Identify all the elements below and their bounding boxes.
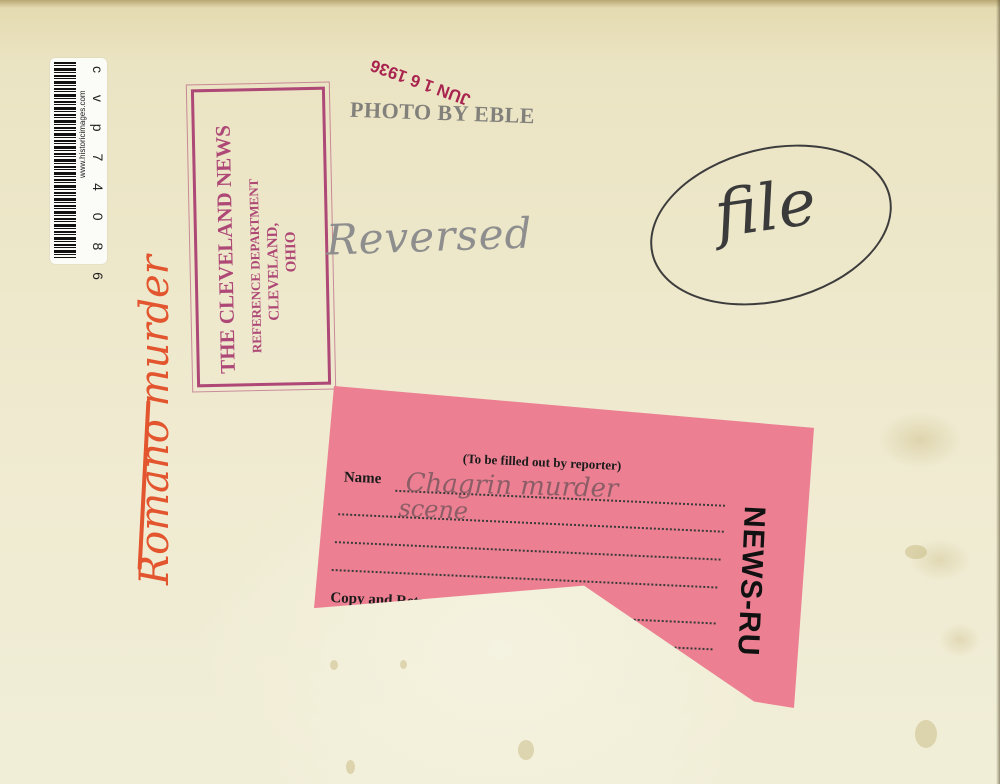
handwritten-caption: Romano murder [132,255,178,585]
barcode-label: www.historicimages.com c v p 7 4 0 8 6 [50,58,107,264]
paper-right-edge [996,0,1000,784]
slip-name-label: Name [343,469,381,488]
stamp-line-newspaper: THE CLEVELAND NEWS [211,125,241,374]
stain-spot [346,760,355,774]
stain-spot [915,720,937,748]
handwritten-reversed-note: Reversed [325,208,533,264]
stain-spot [905,545,927,559]
paper-top-edge [0,0,1000,8]
barcode-website: www.historicimages.com [78,90,87,178]
stain-spot [330,660,338,670]
stain-spot [400,660,407,669]
slip-line-2 [338,513,724,533]
slip-name-value-2: scene [398,494,469,525]
slip-line-4 [332,569,718,589]
stamp-line-department: REFERENCE DEPARTMENT [246,179,266,354]
stain-spot [518,740,534,760]
barcode-code: c v p 7 4 0 8 6 [90,66,106,256]
stamp-line-state: OHIO [283,231,301,272]
cleveland-news-stamp: THE CLEVELAND NEWS REFERENCE DEPARTMENT … [191,87,331,388]
stamp-line-city: CLEVELAND, [265,223,284,321]
slip-side-title: NEWS-RU [730,505,771,657]
handwritten-file-note: file [710,165,820,252]
slip-line-3 [335,541,721,561]
barcode-icon [54,62,76,258]
